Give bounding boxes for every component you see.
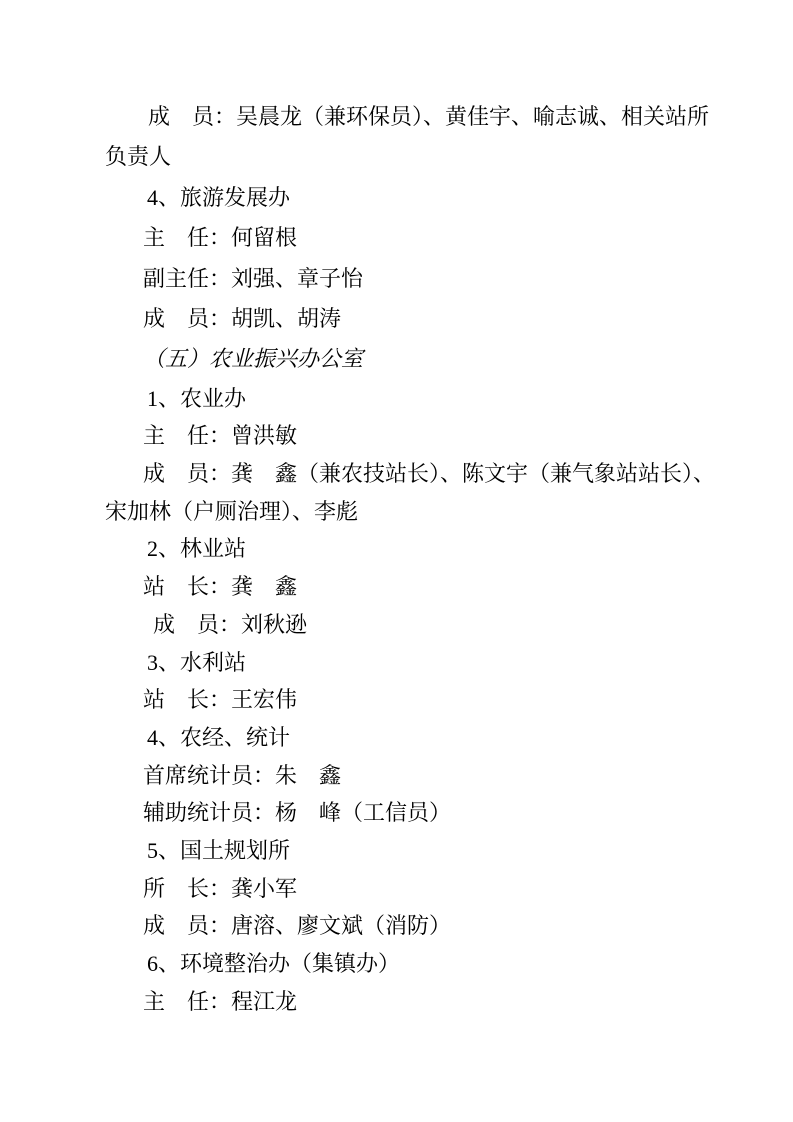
continuation-line: 宋加林（户厕治理）、李彪 (105, 493, 775, 531)
director-line: 主 任：曾洪敏 (143, 417, 775, 455)
numbered-item-line: 4、旅游发展办 (147, 178, 775, 218)
document-page: 成 员：吴晨龙（兼环保员）、黄佳宇、喻志诚、相关站所 负责人 4、旅游发展办 主… (0, 0, 793, 1122)
station-chief-line: 站 长：龚 鑫 (143, 568, 775, 606)
member-line: 成 员：吴晨龙（兼环保员）、黄佳宇、喻志诚、相关站所 (148, 97, 775, 137)
chief-statistician-line: 首席统计员：朱 鑫 (143, 757, 775, 795)
deputy-director-line: 副主任：刘强、章子怡 (143, 259, 775, 299)
office-head-line: 所 长：龚小军 (143, 870, 775, 908)
member-line: 成 员：刘秋逊 (153, 606, 775, 644)
numbered-item-line: 2、林业站 (147, 530, 775, 568)
member-line: 成 员：胡凯、胡涛 (143, 299, 775, 339)
member-line: 成 员：龚 鑫（兼农技站长）、陈文宇（兼气象站站长）、 (143, 455, 775, 493)
director-line: 主 任：何留根 (143, 218, 775, 258)
numbered-item-line: 6、环境整治办（集镇办） (147, 945, 775, 983)
section-heading-line: （五）农业振兴办公室 (143, 339, 775, 379)
document-body: 成 员：吴晨龙（兼环保员）、黄佳宇、喻志诚、相关站所 负责人 4、旅游发展办 主… (105, 97, 775, 1020)
member-line: 成 员：唐溶、廖文斌（消防） (143, 907, 775, 945)
numbered-item-line: 1、农业办 (147, 380, 775, 418)
director-line: 主 任：程江龙 (143, 983, 775, 1021)
numbered-item-line: 4、农经、统计 (147, 719, 775, 757)
numbered-item-line: 5、国土规划所 (147, 832, 775, 870)
continuation-line: 负责人 (105, 137, 775, 177)
assistant-statistician-line: 辅助统计员：杨 峰（工信员） (143, 794, 775, 832)
numbered-item-line: 3、水利站 (147, 644, 775, 682)
station-chief-line: 站 长：王宏伟 (143, 681, 775, 719)
